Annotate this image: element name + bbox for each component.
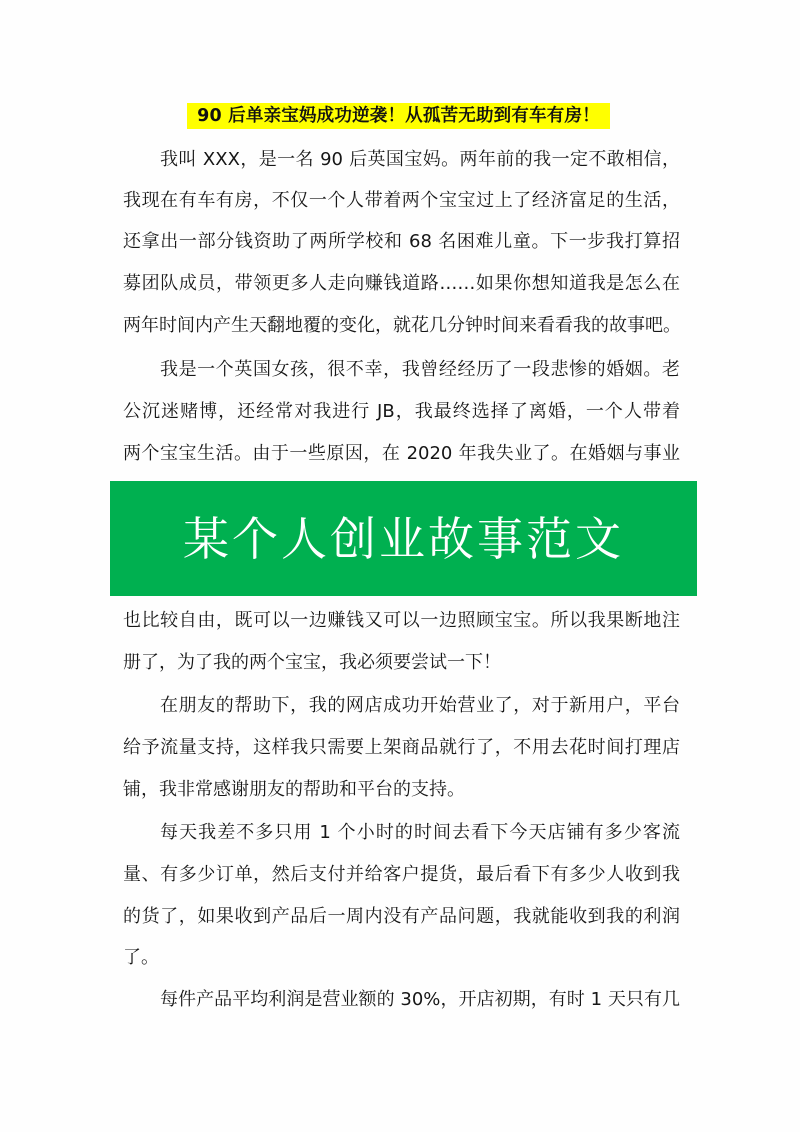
document-page: 90 后单亲宝妈成功逆袭！从孤苦无助到有车有房！ 我叫 XXX，是一名 90 后… [0, 0, 800, 1132]
paragraph-line: 我叫 XXX，是一名 90 后英国宝妈。两年前的我一定不敢相信， [160, 147, 680, 173]
paragraph-line: 每件产品平均利润是营业额的 30%，开店初期，有时 1 天只有几 [160, 987, 680, 1013]
paragraph-line: 我现在有车有房，不仅一个人带着两个宝宝过上了经济富足的生活， [123, 188, 680, 214]
paragraph-line: 两个宝宝生活。由于一些原因，在 2020 年我失业了。在婚姻与事业 [123, 441, 680, 467]
title-banner: 某个人创业故事范文 [110, 481, 697, 596]
paragraph-line: 公沉迷赌博，还经常对我进行 JB，我最终选择了离婚，一个人带着 [123, 399, 680, 425]
document-title: 90 后单亲宝妈成功逆袭！从孤苦无助到有车有房！ [187, 103, 610, 129]
paragraph-line: 给予流量支持，这样我只需要上架商品就行了，不用去花时间打理店 [123, 735, 680, 761]
paragraph-line: 募团队成员，带领更多人走向赚钱道路……如果你想知道我是怎么在 [123, 271, 680, 297]
paragraph-line: 两年时间内产生天翻地覆的变化，就花几分钟时间来看看我的故事吧。 [123, 313, 680, 339]
paragraph-line: 也比较自由，既可以一边赚钱又可以一边照顾宝宝。所以我果断地注 [123, 608, 680, 634]
paragraph-line: 铺，我非常感谢朋友的帮助和平台的支持。 [123, 777, 680, 803]
paragraph-line: 每天我差不多只用 1 个小时的时间去看下今天店铺有多少客流 [160, 820, 680, 846]
paragraph-line: 册了，为了我的两个宝宝，我必须要尝试一下！ [123, 650, 680, 676]
paragraph-line: 的货了，如果收到产品后一周内没有产品问题，我就能收到我的利润 [123, 904, 680, 930]
paragraph-line: 我是一个英国女孩，很不幸，我曾经经历了一段悲惨的婚姻。老 [160, 357, 680, 383]
paragraph-line: 量、有多少订单，然后支付并给客户提货，最后看下有多少人收到我 [123, 862, 680, 888]
paragraph-line: 还拿出一部分钱资助了两所学校和 68 名困难儿童。下一步我打算招 [123, 229, 680, 255]
paragraph-line: 在朋友的帮助下，我的网店成功开始营业了，对于新用户，平台 [160, 693, 680, 719]
paragraph-line: 了。 [123, 945, 680, 971]
banner-text: 某个人创业故事范文 [183, 516, 624, 562]
